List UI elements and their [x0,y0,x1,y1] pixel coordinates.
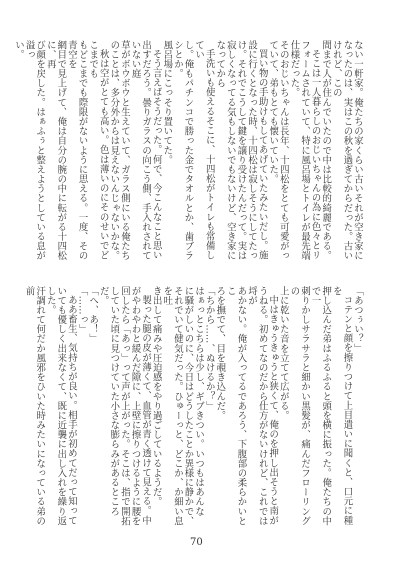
paragraph: ああ畜生、気持ちが良い。相手が初めてだって知っていても優しく出来なくて、既に近襲… [44,286,76,534]
dialogue-line: 「へ、あ！」 [87,286,98,534]
paragraph: 間まで人が住んでいたので中は比較的綺麗である。 [320,40,331,266]
paragraph: 秋は空がとても高い。色は薄いのにそのせいでどこまでも [87,40,108,266]
text-block-top: ない一軒家。俺たちの家くらい古いそれが空き家になったのは、実はこの秋を過ぎてから… [12,40,362,266]
dialogue-line: 「ちから……、ぬけるか？」 [203,286,214,534]
paragraph: 中はきゅうきゅうと狭くて、俺のを押し出そうと南がうねる。初めてなのだから仕方がな… [245,286,277,534]
paragraph: き出して痛みや圧迫感をやり過ごしているようだ。 [150,286,161,534]
paragraph: はぁっとこちらは少し、ギブきつい。いつもはあんな [193,286,204,534]
paragraph: 押し込んだ弟はふるふると頭を横に振った。俺たちの中で一 [309,286,330,534]
paragraph: そう言えばそうだった。何で、今こんなこと思い出すだろう。曇りガラスの向こう側、手… [129,40,161,266]
paragraph: 汗調れて何だか風邪をひいた時みたいになっている弟の前 [23,286,44,534]
paragraph: コテンと顔を擦りつけて上目遣いに聞くと、口元に種を [330,286,351,534]
paragraph: ろを撫でて、目を覗き込んだ。 [214,286,225,534]
paragraph: 草がボウボウと生えていて、ガラス側にいる俺たちのことは、多分外からは見えないんじ… [108,40,129,266]
paragraph: に騒がしいのに、今日はどうしたことか異様に静かで、それでいて健気だった。ひゅーっ… [161,286,193,534]
paragraph: 手洗いも使えるそこに、十四松がトイレも常備してい [193,40,214,266]
paragraph: 上に乾いた音を立てて広がる。 [277,286,288,534]
paragraph: 製った腿の皮が薄くて、血管が青く透けて見える。中がやわやわと緩んだ隙に、上壁に擦… [97,286,150,534]
paragraph: あかない。俺が入ってるであろう、下腹部の柔らかいとこ [224,286,245,534]
paragraph: 刺りかしサラサラと細かい黒髪が、痛んだフローリングの [288,286,309,534]
dialogue-line: 「……っ」 [76,286,87,534]
page-number: 70 [190,537,203,548]
paragraph: し。俺もパチンコで勝った金でタオルとか、歯ブラシとか。 [171,40,192,266]
paragraph: 買い物の手助けもしてあげていたみたいだし。施設に行くとなった時、十四松は寂しそう… [214,40,267,266]
paragraph: そこは一人暮らしのおじいちゃんの為に色々とリフォームされていて、特に風呂場とトイ… [288,40,320,266]
paragraph: もどこまでも際限がないように思える。一度、その青空を [65,40,86,266]
paragraph: び顔を戻した。はぁふぅと整えようとしている息が溢っ [23,40,44,266]
paragraph: ない一軒家。俺たちの家くらい古いそれが空き家になったのは、実はこの秋を過ぎてから… [330,40,362,266]
paragraph: 風呂場にこっそり置いてた。 [161,40,172,266]
dialogue-line: 「あつぅい？」 [351,286,362,534]
paragraph: 網目で見上げて、俺は自分の腕の中に転がる十四松に、再 [44,40,65,266]
text-block-bottom: 「あつぅい？」 コテンと顔を擦りつけて上目遣いに聞くと、口元に種を 押し込んだ弟… [12,286,362,534]
paragraph: そのおじいちゃんは長年、十四松をとても可愛がっていて、弟もとても懐いていた。 [267,40,288,266]
paragraph: い。 [12,40,23,266]
